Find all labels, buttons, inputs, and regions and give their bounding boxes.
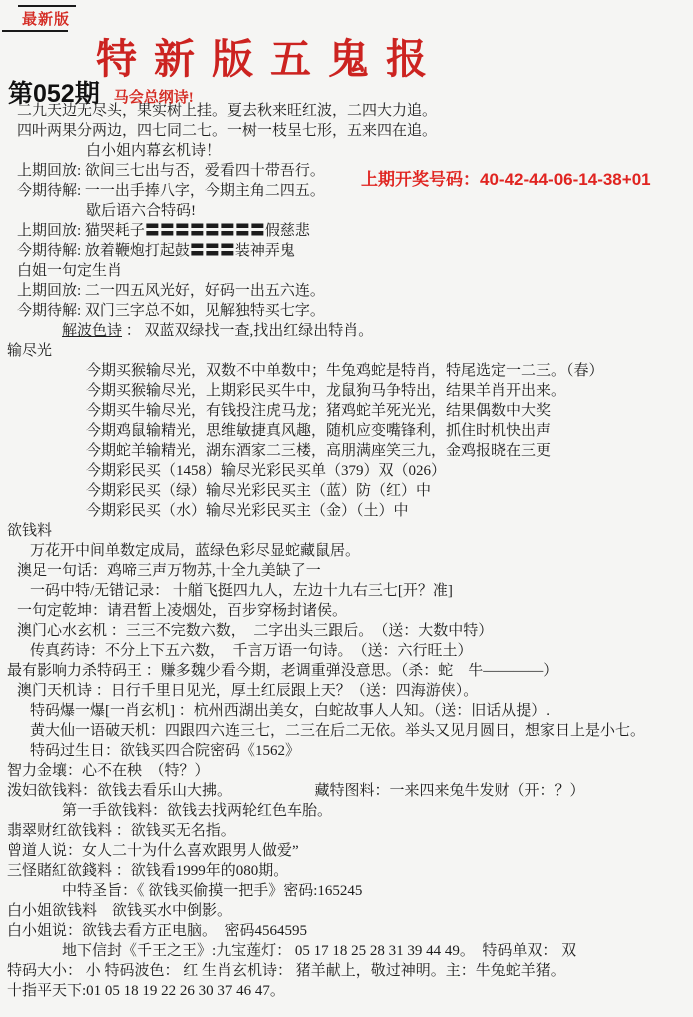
text-line: 地下信封《千王之王》:九宝莲灯： 05 17 18 25 28 31 39 44… (0, 941, 693, 961)
text-line: 二九天边无尽头，果实树上挂。夏去秋来旺红波，二四大力追。 (0, 101, 693, 121)
text-line: 澳足一句话：鸡啼三声万物苏,十全九美缺了一 (0, 561, 693, 581)
text-line: 上期回放: 二一四五风光好，好码一出五六连。 (0, 281, 693, 301)
text-line: 四叶两果分两边，四七同二七。一树一枝呈七形，五来四在追。 (0, 121, 693, 141)
text-line: 上期回放: 欲间三七出与否，爱看四十带吾行。 (0, 161, 693, 181)
text-line: 特码爆一爆[一肖玄机] ：杭州西湖出美女，白蛇故事人人知。（送：旧话从提）. (0, 701, 693, 721)
text-line: 一句定乾坤：请君暂上凌烟处，百步穿杨封诸侯。 (0, 601, 693, 621)
text-line: 翡翠财红欲钱料 ：欲钱买无名指。 (0, 821, 693, 841)
text-line: 今期买猴输尽光，双数不中单数中；牛兔鸡蛇是特肖，特尾选定一二三。（春） (0, 361, 693, 381)
text-line: 欲钱料 (0, 521, 693, 541)
text-line: 澳门天机诗 ：日行千里日见光，厚土红辰跟上天？（送：四海游侠）。 (0, 681, 693, 701)
text-line: 今期买猴输尽光，上期彩民买牛中，龙鼠狗马争特出，结果羊肖开出来。 (0, 381, 693, 401)
text-line: 传真药诗：不分上下五六数， 千言万语一句诗。 （送：六行旺土） (0, 641, 693, 661)
text-line: 黄大仙一语破天机：四跟四六连三七，二三在后二无依。举头又见月圆日，想家日上是小七… (0, 721, 693, 741)
text-line: 今期鸡鼠输精光，思维敏捷真风趣，随机应变嘴锋利，抓住时机快出声 (0, 421, 693, 441)
text-line: 今期彩民买（绿）输尽光彩民买主（蓝）防（红）中 (0, 481, 693, 501)
text-line: 曾道人说：女人二十为什么喜欢跟男人做爱” (0, 841, 693, 861)
text-line: 泼妇欲钱料：欲钱去看乐山大拂。 藏特图料：一来四来兔牛发财（开：？） (0, 781, 693, 801)
text-line: 十指平天下:01 05 18 19 22 26 30 37 46 47。 (0, 981, 693, 1001)
text-line: 澳门心水玄机 ：三三不完数六数， 二字出头三跟后。 （送：大数中特） (0, 621, 693, 641)
text-line: 万花开中间单数定成局，蓝绿色彩尽显蛇藏鼠居。 (0, 541, 693, 561)
text-line: 智力金壤：心不在秧 （特？） (0, 761, 693, 781)
text-line: 今期蛇羊输精光，湖东酒家二三楼，高朋满座笑三九，金鸡报晓在三更 (0, 441, 693, 461)
text-line: 一码中特/无错记录： 十艏飞挺四九人，左边十九右三七[开？准] (0, 581, 693, 601)
text-line: 白小姐说：欲钱去看方正电脑。 密码4564595 (0, 921, 693, 941)
text-line: 今期彩民买（1458）输尽光彩民买单（379）双（026） (0, 461, 693, 481)
text-line: 白姐一句定生肖 (0, 261, 693, 281)
text-line: 白小姐欲钱料 欲钱买水中倒影。 (0, 901, 693, 921)
text-line: 今期彩民买（水）输尽光彩民买主（金）（土）中 (0, 501, 693, 521)
tipsheet-page: 最新版 特新版五鬼报 第052期马会总纲诗! 上期开奖号码：40-42-44-0… (0, 0, 693, 1017)
text-line: 上期回放: 猫哭耗子〓〓〓〓〓〓〓〓假慈悲 (0, 221, 693, 241)
underlined-label: 解波色诗 (62, 323, 122, 339)
text-line: 白小姐内幕玄机诗！ (0, 141, 693, 161)
header-rule-bottom (2, 30, 68, 32)
text-line: 特码大小： 小 特码波色： 红 生肖玄机诗： 猪羊献上，敬过神明。主：牛兔蛇羊猪… (0, 961, 693, 981)
text-line: 今期买牛输尽光，有钱投注虎马龙；猪鸡蛇羊死光光，结果偶数中大奖 (0, 401, 693, 421)
document-body: 二九天边无尽头，果实树上挂。夏去秋来旺红波，二四大力追。四叶两果分两边，四七同二… (0, 101, 693, 1001)
text-line: 今期待解: 放着鞭炮打起鼓〓〓〓装神弄鬼 (0, 241, 693, 261)
text-line: 今期待解: 一一出手捧八字，今期主角二四五。 (0, 181, 693, 201)
text-line: 最有影响力杀特码王 ：赚多魏少看今期，老调重弹没意思。（杀：蛇 牛————） (0, 661, 693, 681)
text-line: 中特圣旨：《 欲钱买偷摸一把手》密码:165245 (0, 881, 693, 901)
text-line: 解波色诗 ： 双蓝双绿找一查,找出红绿出特肖。 (0, 321, 693, 341)
text-line: 今期待解: 双门三字总不如，见解独特买七字。 (0, 301, 693, 321)
text-line: 输尽光 (0, 341, 693, 361)
edition-badge: 最新版 (22, 8, 70, 29)
text-line: 特码过生日：欲钱买四合院密码《1562》 (0, 741, 693, 761)
header-rule-top (18, 5, 76, 7)
text-line: 三怪賭紅欲錢料 ：欲钱看1999年的080期。 (0, 861, 693, 881)
text-line: 第一手欲钱料：欲钱去找两轮红色车胎。 (0, 801, 693, 821)
text-line: 歇后语六合特码! (0, 201, 693, 221)
